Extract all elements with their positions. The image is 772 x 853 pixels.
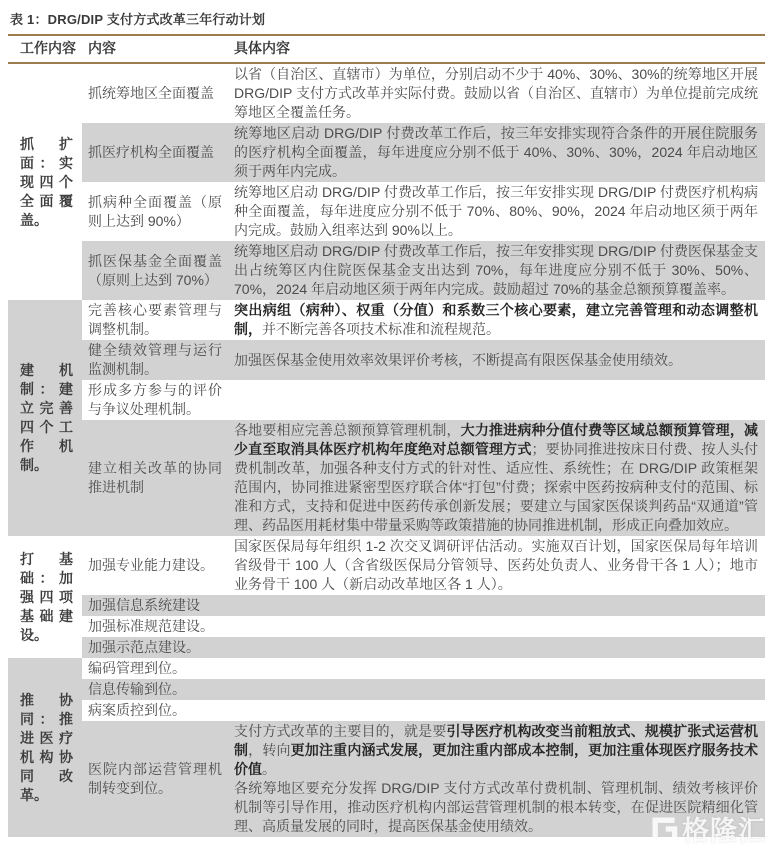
table-row: 抓医疗机构全面覆盖统筹地区启动 DRG/DIP 付费改革工作后，按三年安排实现符… [8, 123, 765, 182]
item-cell: 形成多方参与的评价与争议处理机制。 [82, 380, 228, 420]
table-header: 工作内容 内容 具体内容 [8, 35, 765, 63]
detail-cell: 突出病组（病种）、权重（分值）和系数三个核心要素，建立完善管理和动态调整机制，并… [228, 300, 765, 340]
header-work-content: 工作内容 [8, 35, 82, 63]
detail-cell: 统筹地区启动 DRG/DIP 付费改革工作后，按三年安排实现符合条件的开展住院服… [228, 123, 765, 182]
item-cell: 建立相关改革的协同推进机制 [82, 420, 228, 536]
section-label-cell: 建机制：建立完善四个工作机制。 [8, 300, 82, 536]
table-row: 推协同：推进医疗机构协同改革。编码管理到位。 [8, 658, 765, 679]
detail-cell [228, 380, 765, 420]
table-row: 打基础：加强四项基础建设。加强专业能力建设。国家医保局每年组织 1-2 次交叉调… [8, 536, 765, 595]
table-row: 加强示范点建设。 [8, 637, 765, 658]
item-cell: 信息传输到位。 [82, 679, 228, 700]
item-cell: 加强示范点建设。 [82, 637, 228, 658]
table-row: 抓病种全面覆盖（原则上达到 90%）统筹地区启动 DRG/DIP 付费改革工作后… [8, 182, 765, 241]
table-body: 抓扩面：实现四个全面覆盖。抓统筹地区全面覆盖以省（自治区、直辖市）为单位，分别启… [8, 63, 765, 837]
section-label-cell: 推协同：推进医疗机构协同改革。 [8, 658, 82, 837]
item-cell: 健全绩效管理与运行监测机制。 [82, 340, 228, 380]
detail-cell: 统筹地区启动 DRG/DIP 付费改革工作后，按三年安排实现 DRG/DIP 付… [228, 241, 765, 300]
item-cell: 抓医保基金全面覆盖（原则上达到 70%） [82, 241, 228, 300]
detail-cell: 各地要相应完善总额预算管理机制，大力推进病种分值付费等区域总额预算管理，减少直至… [228, 420, 765, 536]
table-row: 加强信息系统建设 [8, 595, 765, 616]
page-title: 表 1：DRG/DIP 支付方式改革三年行动计划 [0, 0, 772, 34]
section-label-cell: 打基础：加强四项基础建设。 [8, 536, 82, 658]
item-cell: 编码管理到位。 [82, 658, 228, 679]
table-row: 抓医保基金全面覆盖（原则上达到 70%）统筹地区启动 DRG/DIP 付费改革工… [8, 241, 765, 300]
item-cell: 加强专业能力建设。 [82, 536, 228, 595]
detail-cell [228, 658, 765, 679]
item-cell: 抓病种全面覆盖（原则上达到 90%） [82, 182, 228, 241]
item-cell: 加强标准规范建设。 [82, 616, 228, 637]
detail-cell [228, 595, 765, 616]
detail-cell: 加强医保基金使用效率效果评价考核，不断提高有限医保基金使用绩效。 [228, 340, 765, 380]
detail-cell [228, 616, 765, 637]
detail-cell: 以省（自治区、直辖市）为单位，分别启动不少于 40%、30%、30%的统筹地区开… [228, 63, 765, 123]
item-cell: 医院内部运营管理机制转变到位。 [82, 721, 228, 837]
detail-cell [228, 700, 765, 721]
header-content: 内容 [82, 35, 228, 63]
detail-cell [228, 637, 765, 658]
table-row: 健全绩效管理与运行监测机制。加强医保基金使用效率效果评价考核，不断提高有限医保基… [8, 340, 765, 380]
item-cell: 加强信息系统建设 [82, 595, 228, 616]
detail-cell [228, 679, 765, 700]
item-cell: 完善核心要素管理与调整机制。 [82, 300, 228, 340]
table-row: 信息传输到位。 [8, 679, 765, 700]
section-label-cell: 抓扩面：实现四个全面覆盖。 [8, 63, 82, 300]
detail-cell: 国家医保局每年组织 1-2 次交叉调研评估活动。实施双百计划，国家医保局每年培训… [228, 536, 765, 595]
table-row: 病案质控到位。 [8, 700, 765, 721]
detail-cell: 统筹地区启动 DRG/DIP 付费改革工作后，按三年安排实现 DRG/DIP 付… [228, 182, 765, 241]
item-cell: 抓医疗机构全面覆盖 [82, 123, 228, 182]
header-detail-content: 具体内容 [228, 35, 765, 63]
table-row: 医院内部运营管理机制转变到位。支付方式改革的主要目的，就是要引导医疗机构改变当前… [8, 721, 765, 837]
table-row: 建立相关改革的协同推进机制各地要相应完善总额预算管理机制，大力推进病种分值付费等… [8, 420, 765, 536]
item-cell: 病案质控到位。 [82, 700, 228, 721]
table-row: 抓扩面：实现四个全面覆盖。抓统筹地区全面覆盖以省（自治区、直辖市）为单位，分别启… [8, 63, 765, 123]
drg-dip-action-plan-table: 工作内容 内容 具体内容 抓扩面：实现四个全面覆盖。抓统筹地区全面覆盖以省（自治… [8, 34, 765, 837]
detail-cell: 支付方式改革的主要目的，就是要引导医疗机构改变当前粗放式、规模扩张式运营机制，转… [228, 721, 765, 837]
item-cell: 抓统筹地区全面覆盖 [82, 63, 228, 123]
table-row: 加强标准规范建设。 [8, 616, 765, 637]
table-row: 建机制：建立完善四个工作机制。完善核心要素管理与调整机制。突出病组（病种）、权重… [8, 300, 765, 340]
table-row: 形成多方参与的评价与争议处理机制。 [8, 380, 765, 420]
